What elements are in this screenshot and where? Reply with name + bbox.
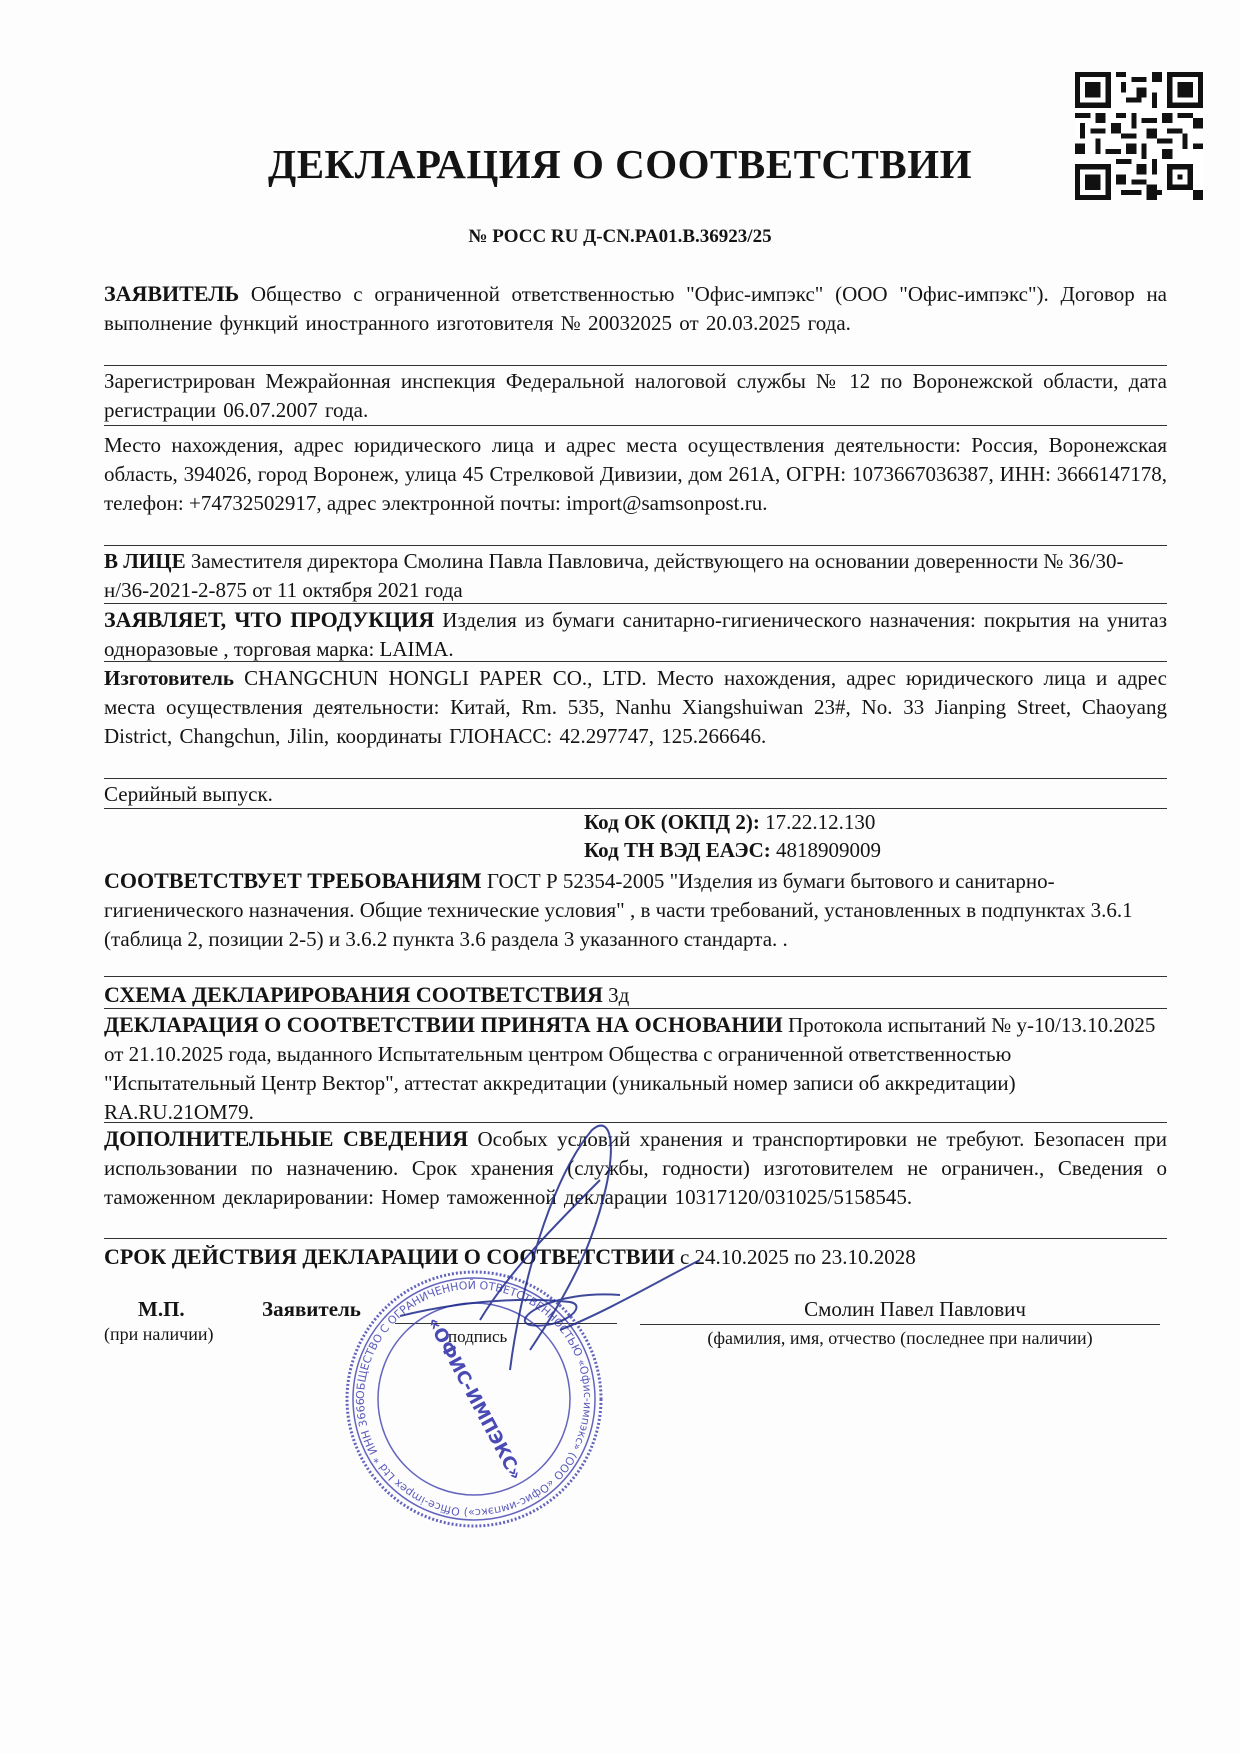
scheme-value: 3д: [608, 983, 629, 1007]
seal-sublabel: (при наличии): [104, 1324, 213, 1345]
additional-label: ДОПОЛНИТЕЛЬНЫЕ СВЕДЕНИЯ: [104, 1126, 468, 1151]
declaration-page: ДЕКЛАРАЦИЯ О СООТВЕТСТВИИ № РОСС RU Д-CN…: [0, 0, 1240, 1754]
applicant-text: Общество с ограниченной ответственностью…: [104, 282, 1167, 335]
okpd-code-value: 17.22.12.130: [765, 810, 875, 834]
representative-text: Заместителя директора Смолина Павла Павл…: [104, 549, 1123, 602]
okpd-code-row: Код ОК (ОКПД 2): 17.22.12.130: [584, 808, 881, 836]
signatory-name: Смолин Павел Павлович: [700, 1297, 1130, 1322]
address-text: Место нахождения, адрес юридического лиц…: [104, 433, 1167, 515]
applicant-label: ЗАЯВИТЕЛЬ: [104, 281, 239, 306]
manufacturer-text: CHANGCHUN HONGLI PAPER CO., LTD. Место н…: [104, 666, 1167, 748]
document-number: № РОСС RU Д-CN.PA01.В.36923/25: [0, 226, 1240, 248]
svg-text:ОБЩЕСТВО С ОГРАНИЧЕННОЙ ОТВЕТС: ОБЩЕСТВО С ОГРАНИЧЕННОЙ ОТВЕТСТВЕННОСТЬЮ…: [343, 1268, 594, 1519]
basis-label: ДЕКЛАРАЦИЯ О СООТВЕТСТВИИ ПРИНЯТА НА ОСН…: [104, 1012, 783, 1037]
address-section: Место нахождения, адрес юридического лиц…: [104, 431, 1167, 546]
basis-section: ДЕКЛАРАЦИЯ О СООТВЕТСТВИИ ПРИНЯТА НА ОСН…: [104, 1010, 1167, 1123]
stamp-outer-text: ОБЩЕСТВО С ОГРАНИЧЕННОЙ ОТВЕТСТВЕННОСТЬЮ…: [343, 1268, 594, 1519]
requirements-label: СООТВЕТСТВУЕТ ТРЕБОВАНИЯМ: [104, 868, 482, 893]
representative-label: В ЛИЦЕ: [104, 549, 186, 573]
document-title: ДЕКЛАРАЦИЯ О СООТВЕТСТВИИ: [0, 140, 1240, 188]
signature-sublabel: подпись: [448, 1327, 507, 1347]
scheme-section: СХЕМА ДЕКЛАРИРОВАНИЯ СООТВЕТСТВИЯ 3д: [104, 980, 1167, 1009]
additional-section: ДОПОЛНИТЕЛЬНЫЕ СВЕДЕНИЯ Особых условий х…: [104, 1124, 1167, 1239]
okpd-code-label: Код ОК (ОКПД 2):: [584, 810, 760, 834]
manufacturer-label: Изготовитель: [104, 666, 234, 690]
production-section: Серийный выпуск.: [104, 780, 1167, 809]
qr-code-icon: [1075, 70, 1203, 202]
production-text: Серийный выпуск.: [104, 782, 273, 806]
scheme-label: СХЕМА ДЕКЛАРИРОВАНИЯ СООТВЕТСТВИЯ: [104, 982, 603, 1007]
signature-line: [395, 1323, 617, 1324]
validity-text: с 24.10.2025 по 23.10.2028: [680, 1245, 916, 1269]
requirements-divider: [104, 976, 1167, 977]
manufacturer-section: Изготовитель CHANGCHUN HONGLI PAPER CO.,…: [104, 664, 1167, 779]
seal-label: М.П.: [138, 1297, 185, 1322]
tnved-code-label: Код ТН ВЭД ЕАЭС:: [584, 838, 771, 862]
codes-block: Код ОК (ОКПД 2): 17.22.12.130 Код ТН ВЭД…: [584, 808, 881, 864]
registration-text: Зарегистрирован Межрайонная инспекция Фе…: [104, 369, 1167, 422]
signatory-name-sublabel: (фамилия, имя, отчество (последнее при н…: [640, 1328, 1160, 1349]
product-label: ЗАЯВЛЯЕТ, ЧТО ПРОДУКЦИЯ: [104, 607, 434, 632]
validity-label: СРОК ДЕЙСТВИЯ ДЕКЛАРАЦИИ О СООТВЕТСТВИИ: [104, 1244, 675, 1269]
name-line: [640, 1324, 1160, 1325]
validity-section: СРОК ДЕЙСТВИЯ ДЕКЛАРАЦИИ О СООТВЕТСТВИИ …: [104, 1242, 1167, 1272]
applicant-signature-label: Заявитель: [262, 1297, 361, 1322]
tnved-code-row: Код ТН ВЭД ЕАЭС: 4818909009: [584, 836, 881, 864]
product-section: ЗАЯВЛЯЕТ, ЧТО ПРОДУКЦИЯ Изделия из бумаг…: [104, 605, 1167, 662]
requirements-section: СООТВЕТСТВУЕТ ТРЕБОВАНИЯМ ГОСТ Р 52354-2…: [104, 866, 1167, 976]
tnved-code-value: 4818909009: [776, 838, 881, 862]
applicant-section: ЗАЯВИТЕЛЬ Общество с ограниченной ответс…: [104, 279, 1167, 366]
registration-section: Зарегистрирован Межрайонная инспекция Фе…: [104, 367, 1167, 426]
company-stamp-icon: ОБЩЕСТВО С ОГРАНИЧЕННОЙ ОТВЕТСТВЕННОСТЬЮ…: [343, 1268, 605, 1530]
representative-section: В ЛИЦЕ Заместителя директора Смолина Пав…: [104, 547, 1167, 604]
